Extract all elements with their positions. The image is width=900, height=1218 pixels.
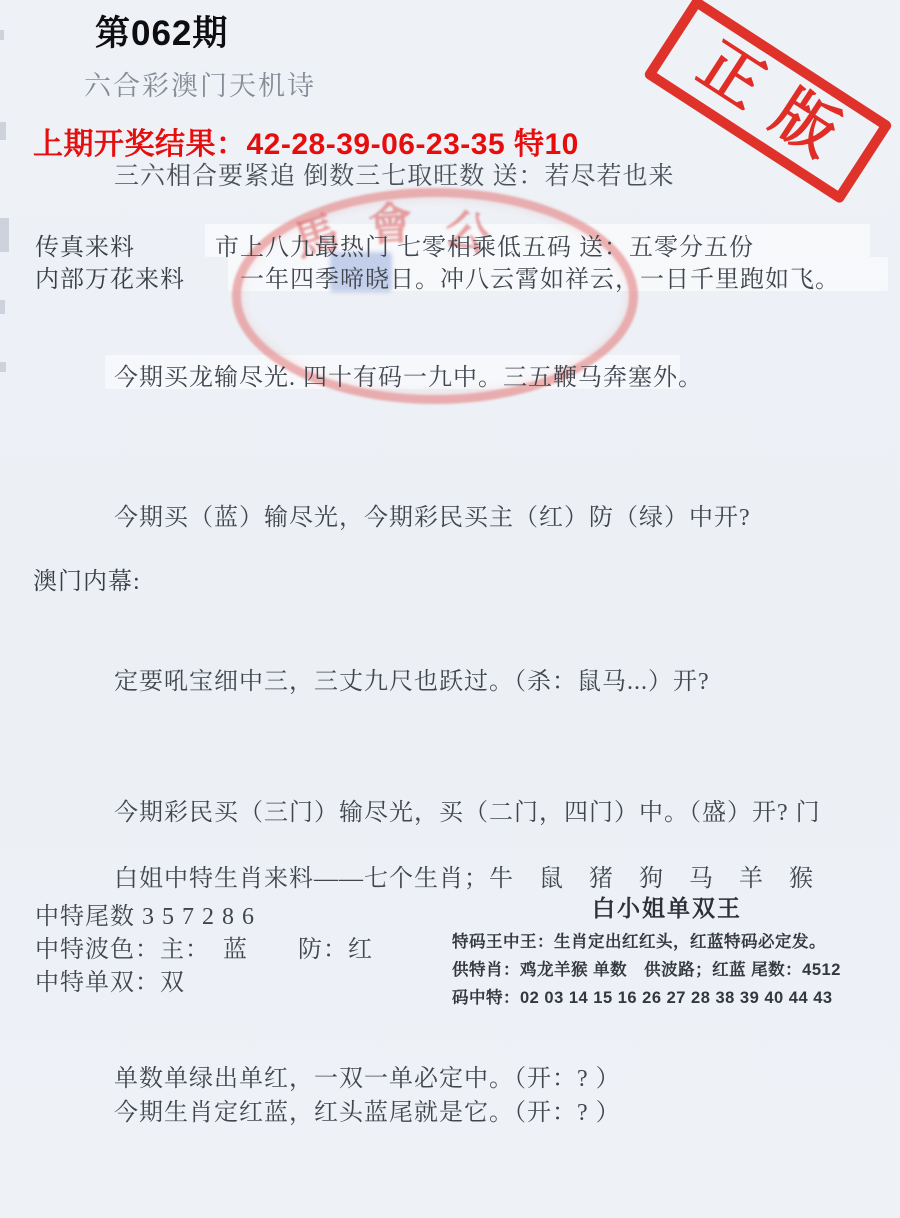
fax-label: 传真来料 [35, 227, 135, 262]
scan-artifact [0, 218, 9, 252]
baixiaojie-box: 白小姐单双王 特码王中王：生肖定出红红头，红蓝特码必定发。 供特肖：鸡龙羊猴 单… [452, 890, 882, 1008]
fax-content: 市上八九最热门 七零相乘低五码 送：五零分五份 [215, 227, 754, 262]
stamp-text: 正版 [666, 19, 869, 181]
parity-line: 中特单双：双 [35, 962, 185, 997]
footer-line-2: 今期生肖定红蓝，红头蓝尾就是它。（开：? ） [114, 1092, 621, 1127]
dragon-line: 今期买龙输尽光. 四十有码一九中。三五鞭马奔塞外。 [114, 357, 703, 392]
gate-line: 今期彩民买（三门）输尽光，买（二门，四门）中。（盛）开? 门 [114, 792, 821, 827]
authenticity-stamp: 正版 [643, 0, 893, 205]
baixiaojie-line-1: 特码王中王：生肖定出红红头，红蓝特码必定发。 [452, 928, 882, 952]
footer-line-1: 单数单绿出单红，一双一单必定中。（开：? ） [114, 1058, 621, 1093]
scan-artifact [0, 362, 6, 372]
baixiaojie-title: 白小姐单双王 [452, 890, 882, 923]
scan-artifact [0, 30, 4, 40]
internal-label: 内部万花来料 [35, 259, 185, 294]
tail-numbers-line: 中特尾数 3 5 7 2 8 6 [35, 896, 255, 931]
issue-title: 第062期 [95, 6, 228, 56]
poem-line-1: 三六相合要紧追 倒数三七取旺数 送：若尽若也来 [114, 156, 675, 192]
macau-label: 澳门内幕: [33, 561, 141, 596]
zodiac-line: 白姐中特生肖来料——七个生肖；牛 鼠 猪 狗 马 羊 猴 [114, 858, 814, 893]
baixiaojie-line-3: 码中特：02 03 14 15 16 26 27 28 38 39 40 44 … [452, 984, 882, 1008]
baixiaojie-line-2: 供特肖：鸡龙羊猴 单数 供波路；红蓝 尾数：4512 [452, 956, 882, 980]
scan-artifact [0, 300, 5, 314]
internal-content: 一年四季啼晓日。冲八云霄如祥云，一日千里跑如飞。 [240, 259, 840, 294]
scan-artifact [0, 122, 6, 140]
page-subtitle: 六合彩澳门天机诗 [84, 64, 316, 103]
wave-color-line: 中特波色：主： 蓝 防：红 [35, 929, 373, 964]
treasure-line: 定要吼宝细中三，三丈九尺也跃过。（杀：鼠马...）开? [114, 661, 710, 696]
color-line: 今期买（蓝）输尽光，今期彩民买主（红）防（绿）中开? [114, 497, 751, 532]
